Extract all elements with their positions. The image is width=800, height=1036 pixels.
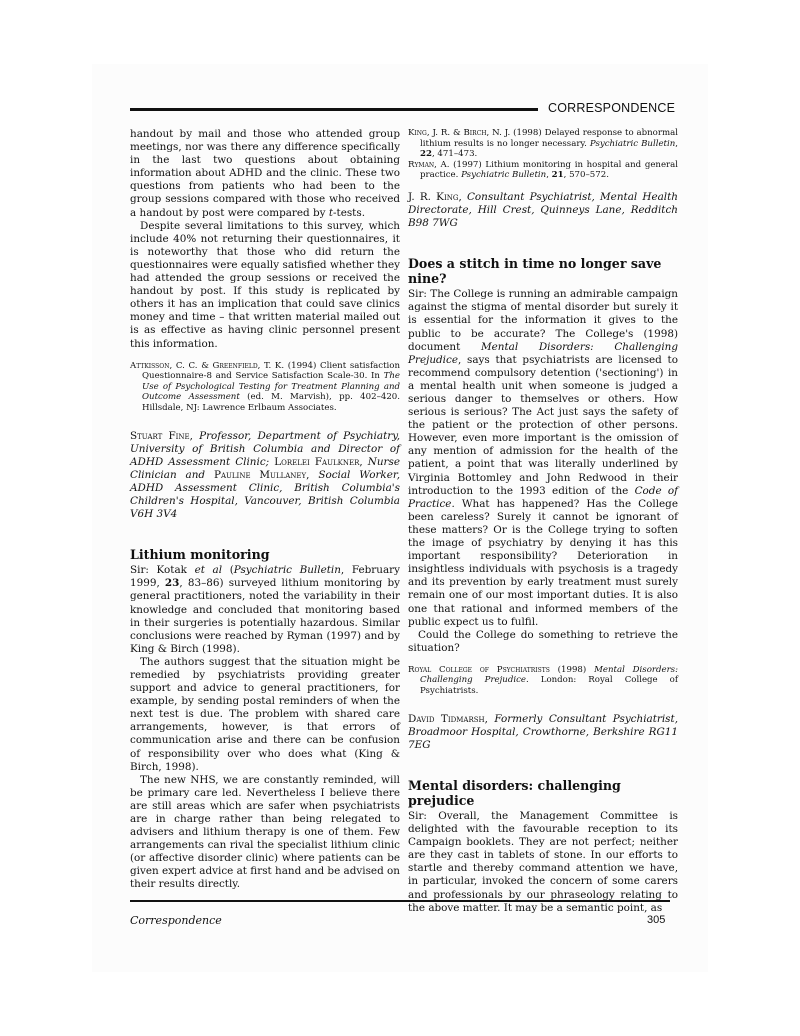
reference-ryman: Ryman, A. (1997) Lithium monitoring in h… bbox=[408, 160, 678, 181]
header-rule bbox=[130, 108, 538, 111]
footer-rule bbox=[130, 900, 670, 902]
prev-letter-paragraph-2: Despite several limitations to this surv… bbox=[130, 220, 400, 351]
page-number: 305 bbox=[647, 914, 665, 926]
reference-attkisson: Attkisson, C. C. & Greenfield, T. K. (19… bbox=[130, 361, 400, 414]
lithium-paragraph-2: The authors suggest that the situation m… bbox=[130, 656, 400, 774]
lithium-paragraph-3: The new NHS, we are constantly reminded,… bbox=[130, 774, 400, 892]
heading-stitch-in-time: Does a stitch in time no longer save nin… bbox=[408, 256, 678, 286]
signature-king: J. R. King, Consultant Psychiatrist, Men… bbox=[408, 191, 678, 230]
heading-mental-disorders: Mental disorders: challenging prejudice bbox=[408, 778, 678, 808]
reference-king-birch: King, J. R. & Birch, N. J. (1998) Delaye… bbox=[408, 128, 678, 160]
left-column: handout by mail and those who attended g… bbox=[130, 128, 400, 892]
lithium-paragraph-1: Sir: Kotak et al (Psychiatric Bulletin, … bbox=[130, 564, 400, 656]
prev-letter-paragraph-1: handout by mail and those who attended g… bbox=[130, 128, 400, 220]
running-head: CORRESPONDENCE bbox=[548, 101, 675, 115]
heading-lithium-monitoring: Lithium monitoring bbox=[130, 547, 400, 562]
mental-paragraph-1: Sir: Overall, the Management Committee i… bbox=[408, 810, 678, 915]
signature-fine: Stuart Fine, Professor, Department of Ps… bbox=[130, 430, 400, 522]
reference-royal-college: Royal College of Psychiatrists (1998) Me… bbox=[408, 665, 678, 697]
footer-section-title: Correspondence bbox=[130, 914, 222, 927]
right-column: King, J. R. & Birch, N. J. (1998) Delaye… bbox=[408, 128, 678, 915]
signature-tidmarsh: David Tidmarsh, Formerly Consultant Psyc… bbox=[408, 713, 678, 752]
stitch-paragraph-2: Could the College do something to retrie… bbox=[408, 629, 678, 655]
stitch-paragraph-1: Sir: The College is running an admirable… bbox=[408, 288, 678, 628]
